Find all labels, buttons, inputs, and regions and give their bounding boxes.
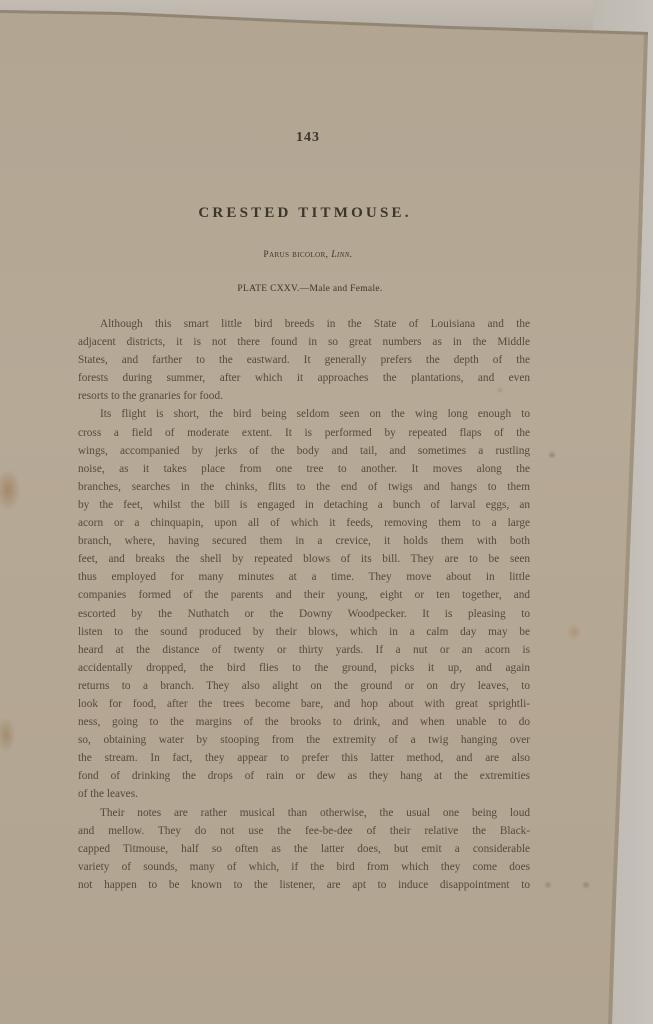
paragraph-3: Their notes are rather musical than othe… [78,804,530,894]
paragraph-2: Its flight is short, the bird being seld… [78,405,530,803]
text-line: Although this smart little bird breeds i… [78,315,530,333]
latin-name-binomial: Parus bicolor, [263,250,328,260]
page-title: CRESTED TITMOUSE. [0,205,610,222]
text-line: accidentally dropped, the bird flies to … [78,659,530,677]
text-line: cross a field of moderate extent. It is … [78,424,530,442]
text-line: thus employed for many minutes at a time… [78,568,530,586]
text-line: ness, going to the margins of the brooks… [78,713,530,731]
text-line: escorted by the Nuthatch or the Downy Wo… [78,605,530,623]
text-line: branch, where, having secured them in a … [78,532,530,550]
text-line: Their notes are rather musical than othe… [78,804,530,822]
text-line: noise, as it takes place from one tree t… [78,460,530,478]
text-line: and mellow. They do not use the fee-be-d… [78,822,530,840]
text-line: feet, and breaks the shell by repeated b… [78,550,530,568]
text-line: listen to the sound produced by their bl… [78,623,530,641]
plate-caption: PLATE CXXV.—Male and Female. [0,284,620,294]
paragraph-1: Although this smart little bird breeds i… [78,315,530,405]
latin-name: Parus bicolor, Linn. [0,250,616,260]
text-line: resorts to the granaries for food. [78,387,530,405]
text-line: wings, accompanied by jerks of the body … [78,442,530,460]
text-line: States, and farther to the eastward. It … [78,351,530,369]
text-line: look for food, after the trees become ba… [78,695,530,713]
text-line: not happen to be known to the listener, … [78,876,530,894]
text-line: companies formed of the parents and thei… [78,586,530,604]
text-line: heard at the distance of twenty or thirt… [78,641,530,659]
text-line: adjacent districts, it is not there foun… [78,333,530,351]
text-line: by the feet, whilst the bill is engaged … [78,496,530,514]
text-line: of the leaves. [78,785,530,803]
text-line: so, obtaining water by stooping from the… [78,731,530,749]
page-number: 143 [0,130,616,146]
text-line: Its flight is short, the bird being seld… [78,405,530,423]
text-line: capped Titmouse, half so often as the la… [78,840,530,858]
text-line: returns to a branch. They also alight on… [78,677,530,695]
text-line: fond of drinking the drops of rain or de… [78,767,530,785]
text-line: branches, searches in the chinks, flits … [78,478,530,496]
latin-name-authority: Linn. [331,250,352,260]
text-line: variety of sounds, many of which, if the… [78,858,530,876]
text-line: the stream. In fact, they appear to pref… [78,749,530,767]
text-line: acorn or a chinquapin, upon all of which… [78,514,530,532]
body-text: Although this smart little bird breeds i… [78,315,530,894]
text-line: forests during summer, after which it ap… [78,369,530,387]
